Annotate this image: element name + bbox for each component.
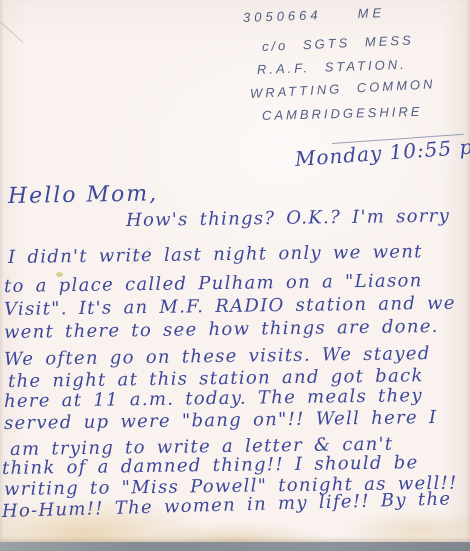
address-line-mess: c/o SGTS MESS xyxy=(262,32,414,54)
address-line-station: R.A.F. STATION. xyxy=(257,57,407,77)
address-line-town: WRATTING COMMON xyxy=(250,76,436,101)
body-line: I didn't write last night only we went xyxy=(8,241,423,268)
body-line: served up were "bang on"!! Well here I xyxy=(4,407,438,435)
sender-initials: ME xyxy=(357,5,385,21)
letter-scan: 3050664ME c/o SGTS MESS R.A.F. STATION. … xyxy=(0,0,470,551)
dateline: Monday 10:55 p.m. xyxy=(294,132,470,171)
paper: 3050664ME c/o SGTS MESS R.A.F. STATION. … xyxy=(0,0,470,543)
address-line-county: CAMBRIDGESHIRE xyxy=(262,104,423,123)
scanner-background-strip xyxy=(0,542,470,551)
sender-id-line: 3050664ME xyxy=(243,5,386,25)
body-line: How's things? O.K.? I'm sorry xyxy=(126,205,450,231)
body-line: went there to see how things are done. xyxy=(4,316,439,344)
greeting: Hello Mom, xyxy=(8,181,159,209)
paper-crease xyxy=(0,14,24,43)
service-number: 3050664 xyxy=(243,7,322,25)
